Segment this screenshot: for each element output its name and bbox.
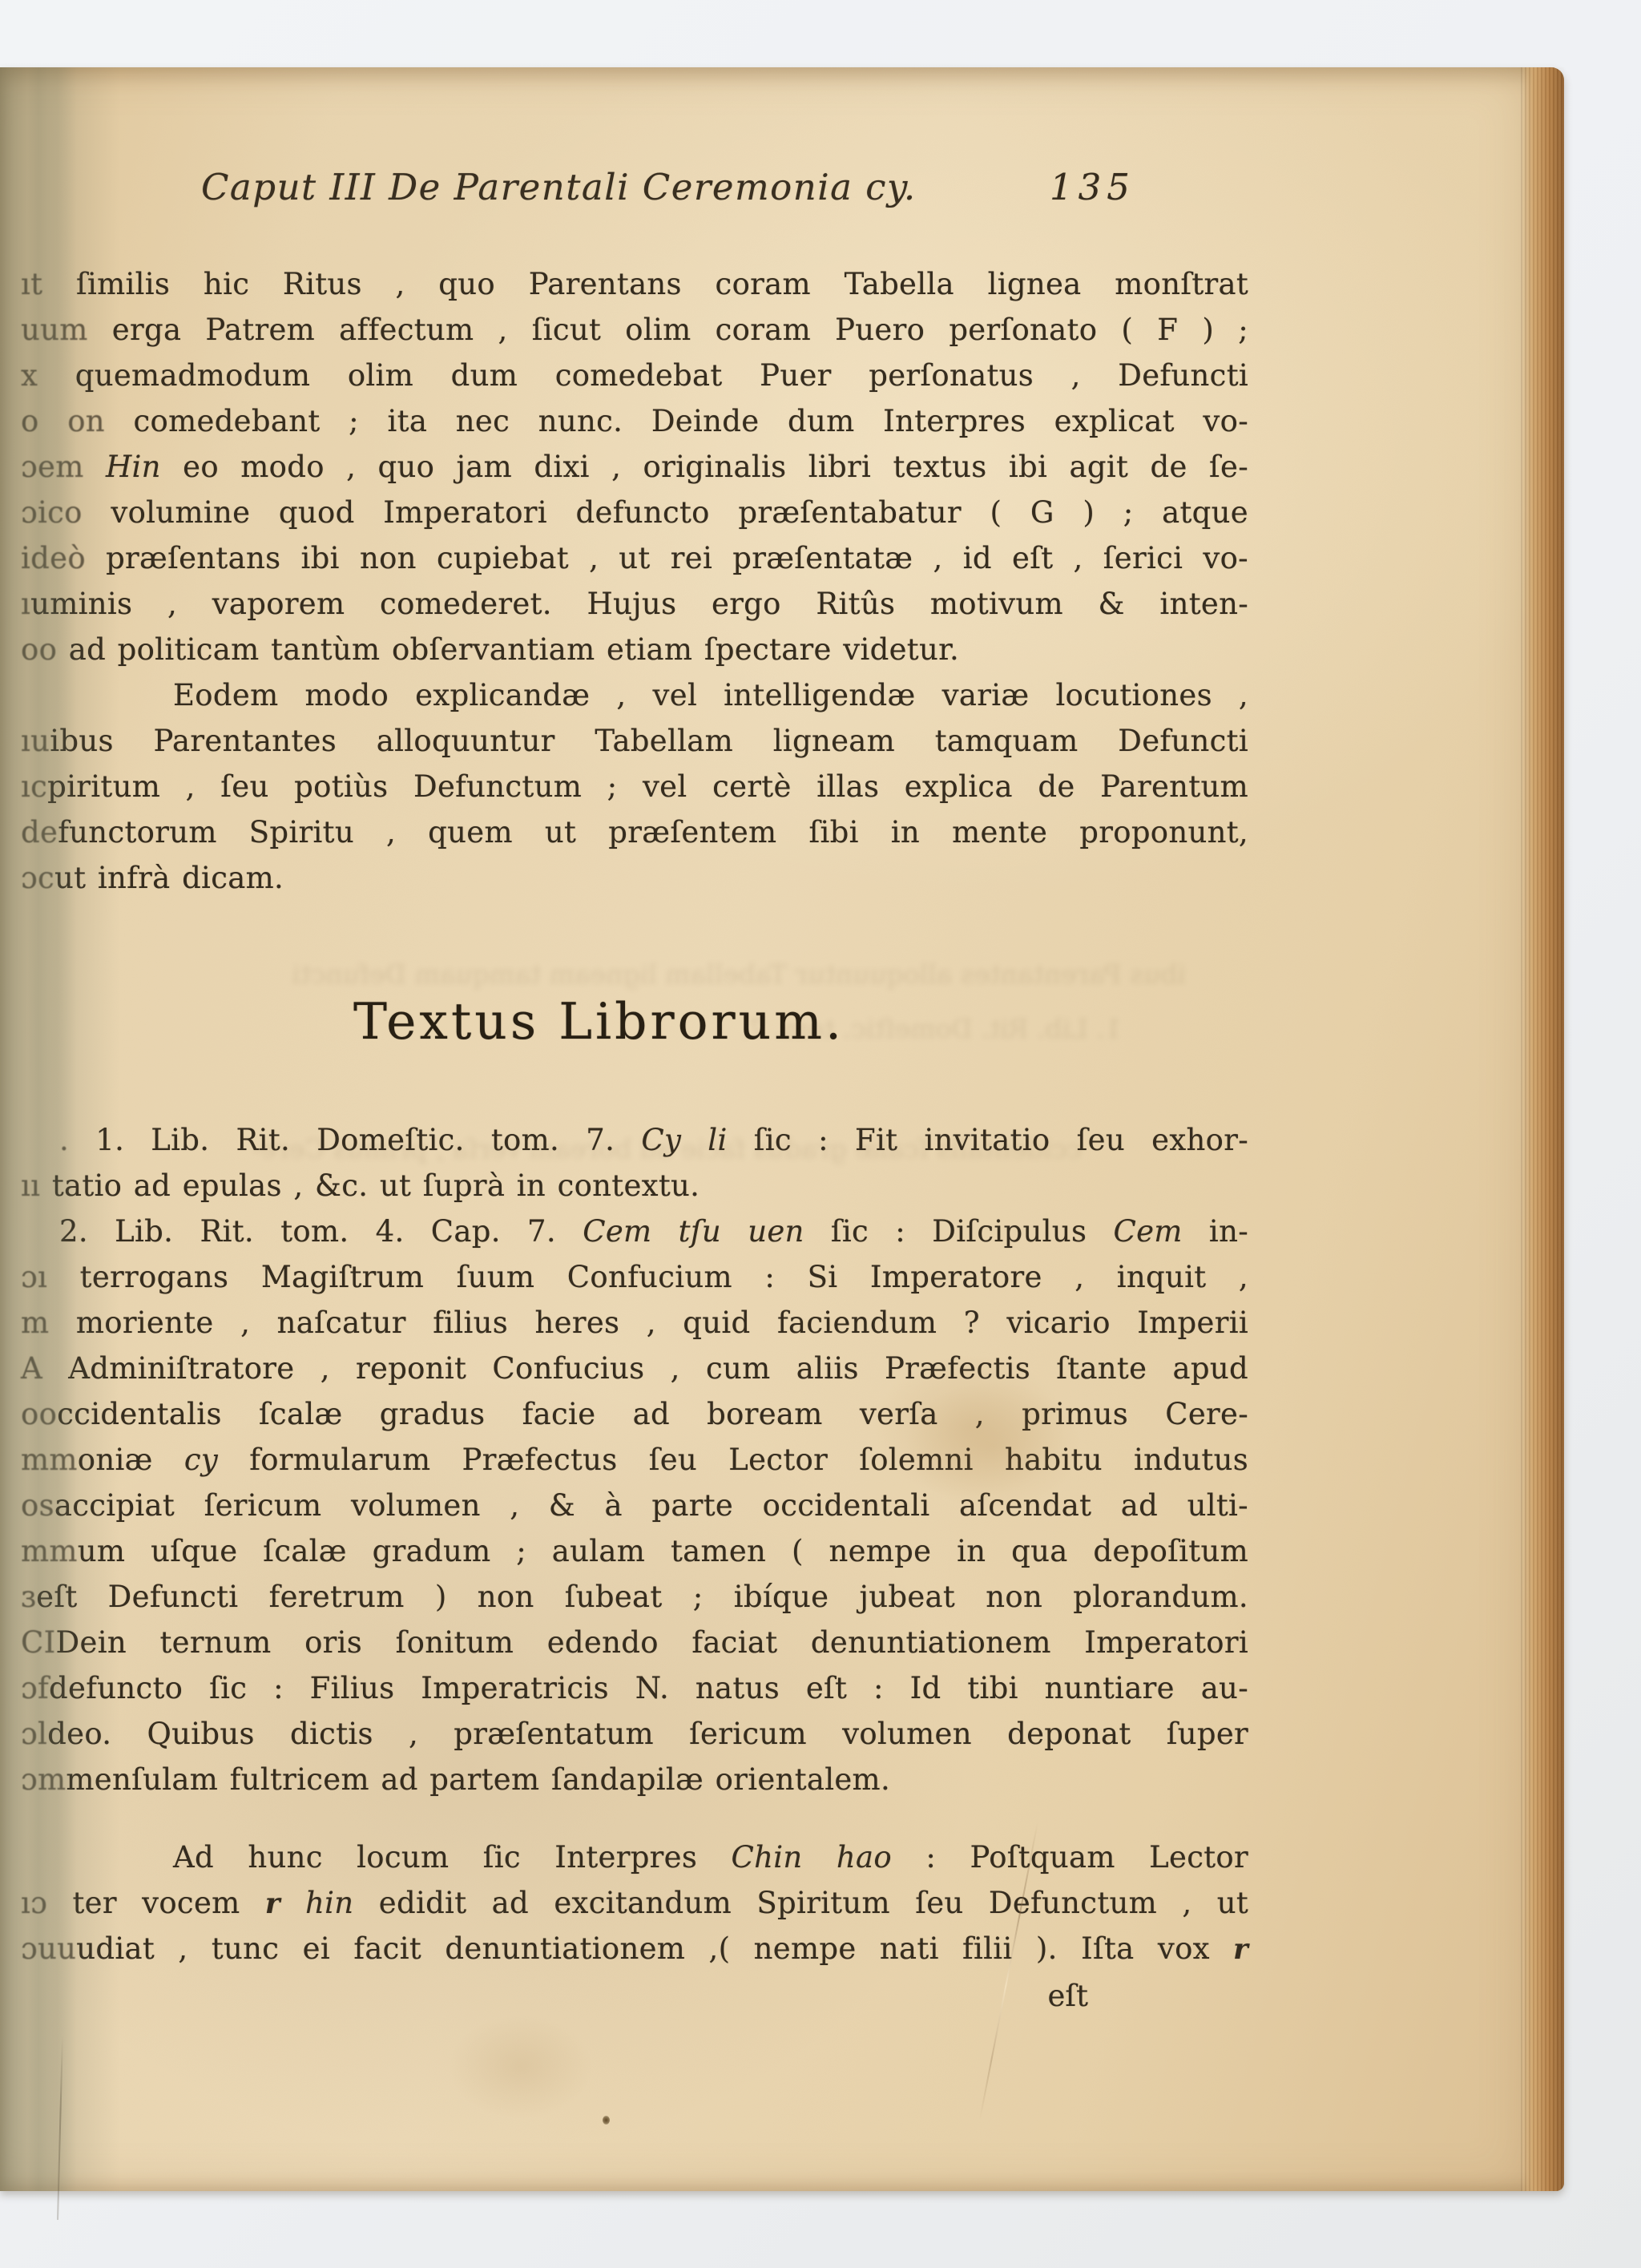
text-run: 1. Lib. Rit. Domeſtic. tom. 7. xyxy=(69,1123,641,1157)
text-line: ıuminis , vaporem comederet. Hujus ergo … xyxy=(21,581,1248,627)
text-run: tatio ad epulas , &c. ut ſuprà in contex… xyxy=(40,1168,700,1203)
text-line: Eodem modo explicandæ , vel intelligendæ… xyxy=(21,672,1248,718)
text-line: ɜeſt Defuncti feretrum ) non ſubeat ; ib… xyxy=(21,1574,1248,1620)
paragraph: Ad hunc locum ſic Interpres Chin hao : P… xyxy=(21,1834,1248,1971)
text-run: deo. Quibus dictis , præſentatum ſericum… xyxy=(47,1717,1248,1751)
text-run: Ad hunc locum ſic Interpres xyxy=(173,1840,732,1875)
text-run: moriente , naſcatur filius heres , quid … xyxy=(49,1306,1248,1340)
italic-term: Cy li xyxy=(641,1123,727,1157)
text-line: Ad hunc locum ſic Interpres Chin hao : P… xyxy=(21,1834,1248,1880)
text-run: accipiat ſericum volumen , & à parte occ… xyxy=(54,1488,1248,1523)
text-line: ɔuuudiat , tunc ei facit denuntiationem … xyxy=(21,1926,1248,1971)
text-run: erga Patrem affectum , ſicut olim coram … xyxy=(88,313,1248,347)
text-run: menſulam fultricem ad partem ſandapilæ o… xyxy=(66,1762,890,1797)
text-run: edidit ad excitandum Spiritum ſeu Defunc… xyxy=(353,1886,1248,1920)
romanization-symbol: r xyxy=(265,1887,280,1920)
text-line: ɔldeo. Quibus dictis , præſentatum ſeric… xyxy=(21,1711,1248,1757)
ink-speck xyxy=(603,2116,610,2125)
text-run: piritum , ſeu potiùs Defunctum ; vel cer… xyxy=(47,769,1248,804)
page-number: 135 xyxy=(1050,162,1135,213)
paragraph: ıt ſimilis hic Ritus , quo Parentans cor… xyxy=(21,261,1248,672)
paragraph: Eodem modo explicandæ , vel intelligendæ… xyxy=(21,672,1248,901)
italic-term: hin xyxy=(305,1886,353,1920)
text-line: ɔı terrogans Magiſtrum ſuum Confucium : … xyxy=(21,1254,1248,1300)
text-line: ɔem Hin eo modo , quo jam dixi , origina… xyxy=(21,444,1248,490)
text-line: o on comedebant ; ita nec nunc. Deinde d… xyxy=(21,398,1248,444)
paragraph: 2. Lib. Rit. tom. 4. Cap. 7. Cem tſu uen… xyxy=(21,1209,1248,1802)
text-line: . 1. Lib. Rit. Domeſtic. tom. 7. Cy li ſ… xyxy=(21,1117,1248,1163)
text-run: udiat , tunc ei facit denuntiationem ,( … xyxy=(76,1931,1233,1966)
text-run: ad politicam tantùm obſervantiam etiam ſ… xyxy=(57,632,959,667)
page-content: Caput III De Parentali Ceremonia cy. 135… xyxy=(21,67,1248,2019)
text-line: ıt ſimilis hic Ritus , quo Parentans cor… xyxy=(21,261,1248,307)
text-run: defuncto ſic : Filius Imperatricis N. na… xyxy=(49,1671,1248,1705)
text-run: uminis , vaporem comederet. Hujus ergo R… xyxy=(30,587,1248,621)
page-header: Caput III De Parentali Ceremonia cy. 135 xyxy=(21,162,1248,213)
gutter-shadow xyxy=(0,67,120,2191)
text-run: quemadmodum olim dum comedebat Puer perſ… xyxy=(38,358,1248,393)
running-head-chapter-title: Caput III De Parentali Ceremonia cy. xyxy=(201,166,917,208)
text-line: CIDein ternum oris ſonitum edendo faciat… xyxy=(21,1620,1248,1665)
section-heading: Textus Librorum. xyxy=(353,987,1248,1056)
text-run: 2. Lib. Rit. tom. 4. Cap. 7. xyxy=(59,1214,583,1249)
text-line: defunctorum Spiritu , quem ut præſentem … xyxy=(21,809,1248,855)
text-run: ſic : Fit invitatio ſeu exhor- xyxy=(728,1123,1248,1157)
text-line: m moriente , naſcatur filius heres , qui… xyxy=(21,1300,1248,1346)
text-run: terrogans Magiſtrum ſuum Confucium : Si … xyxy=(47,1260,1248,1294)
page-fore-edge xyxy=(1521,67,1564,2191)
text-run: in- xyxy=(1183,1214,1248,1249)
paper-stain xyxy=(449,2015,593,2119)
text-line: oo ad politicam tantùm obſervantiam etia… xyxy=(21,627,1248,672)
text-run: functorum Spiritu , quem ut præſentem ſi… xyxy=(58,815,1248,849)
text-run: Dein ternum oris ſonitum edendo faciat d… xyxy=(56,1625,1248,1660)
text-run: eo modo , quo jam dixi , originalis libr… xyxy=(161,450,1248,484)
text-line: ıɔ ter vocem r hin edidit ad excitandum … xyxy=(21,1880,1248,1926)
text-line: ıı tatio ad epulas , &c. ut ſuprà in con… xyxy=(21,1163,1248,1209)
text-run: volumine quod Imperatori defuncto præſen… xyxy=(83,495,1248,530)
italic-term: Chin hao xyxy=(732,1840,892,1875)
text-line: ɔcut infrà dicam. xyxy=(21,855,1248,901)
text-line: ɔmmenſulam fultricem ad partem ſandapilæ… xyxy=(21,1757,1248,1802)
paragraph: . 1. Lib. Rit. Domeſtic. tom. 7. Cy li ſ… xyxy=(21,1117,1248,1209)
italic-term: Cem xyxy=(1113,1214,1182,1249)
body-text: ıt ſimilis hic Ritus , quo Parentans cor… xyxy=(21,261,1248,1971)
catchword: eſt xyxy=(21,1973,1248,2019)
text-run: ſic : Diſcipulus xyxy=(804,1214,1114,1249)
text-run: eſt Defuncti feretrum ) non ſubeat ; ibí… xyxy=(36,1580,1248,1614)
text-run: ſimilis hic Ritus , quo Parentans coram … xyxy=(42,267,1248,301)
text-run: : Poſtquam Lector xyxy=(892,1840,1248,1875)
text-run: formularum Præfectus ſeu Lector ſolemni … xyxy=(218,1443,1248,1477)
text-line: ıcpiritum , ſeu potiùs Defunctum ; vel c… xyxy=(21,764,1248,809)
book-page: ibus Parentantes alloquuntur Tabellam li… xyxy=(0,67,1564,2191)
text-line: mmum uſque ſcalæ gradum ; aulam tamen ( … xyxy=(21,1528,1248,1574)
scan-background: { "colors":{ "scan_background":"#eef0f3"… xyxy=(0,0,1641,2268)
text-run: Adminiſtratore , reponit Confucius , cum… xyxy=(42,1351,1248,1386)
text-line: ıuibus Parentantes alloquuntur Tabellam … xyxy=(21,718,1248,764)
text-line: ideò præſentans ibi non cupiebat , ut re… xyxy=(21,535,1248,581)
italic-term: cy xyxy=(184,1443,218,1477)
italic-term: Cem tſu uen xyxy=(583,1214,804,1249)
text-run: Eodem modo explicandæ , vel intelligendæ… xyxy=(173,678,1248,712)
text-run: um uſque ſcalæ gradum ; aulam tamen ( ne… xyxy=(78,1534,1248,1568)
text-line: x quemadmodum olim dum comedebat Puer pe… xyxy=(21,353,1248,398)
text-line: osaccipiat ſericum volumen , & à parte o… xyxy=(21,1483,1248,1528)
text-run: comedebant ; ita nec nunc. Deinde dum In… xyxy=(105,404,1248,438)
text-run: ibus Parentantes alloquuntur Tabellam li… xyxy=(50,724,1248,758)
text-line: ɔico volumine quod Imperatori defuncto p… xyxy=(21,490,1248,535)
text-line: uum erga Patrem affectum , ſicut olim co… xyxy=(21,307,1248,353)
paper-stain xyxy=(905,1382,1082,1510)
text-run: præſentans ibi non cupiebat , ut rei præ… xyxy=(86,541,1248,575)
text-run xyxy=(280,1886,305,1920)
romanization-symbol: r xyxy=(1233,1933,1248,1966)
text-line: A Adminiſtratore , reponit Confucius , c… xyxy=(21,1346,1248,1391)
text-line: ɔfdefuncto ſic : Filius Imperatricis N. … xyxy=(21,1665,1248,1711)
text-line: 2. Lib. Rit. tom. 4. Cap. 7. Cem tſu uen… xyxy=(21,1209,1248,1254)
